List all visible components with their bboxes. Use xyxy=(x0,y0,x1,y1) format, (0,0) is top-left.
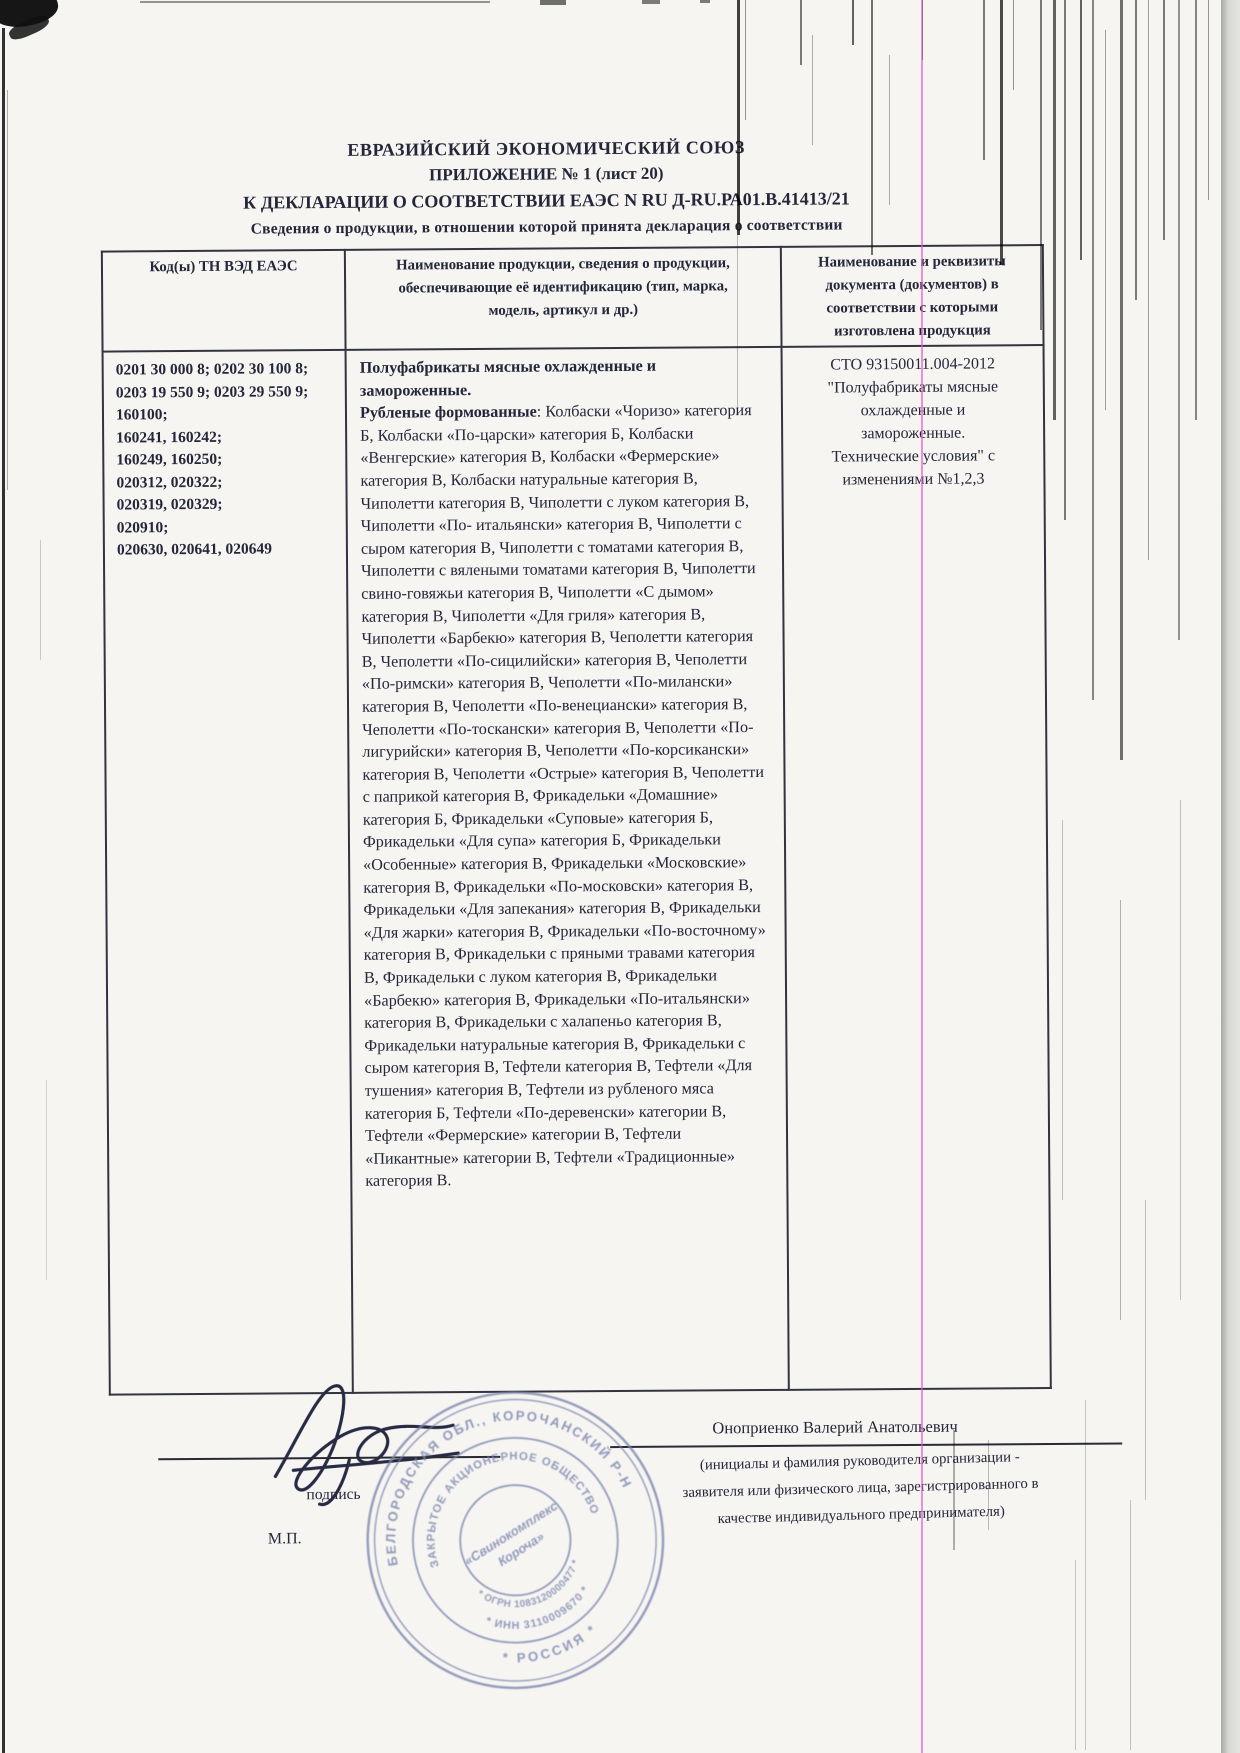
standard-document-cell: СТО 93150011.004-2012 "Полуфабрикаты мяс… xyxy=(782,345,1051,1390)
column-header-product: Наименование продукции, сведения о проду… xyxy=(345,247,782,350)
declaration-number-title: К ДЕКЛАРАЦИИ О СООТВЕТСТВИИ ЕАЭС N RU Д-… xyxy=(0,187,1097,216)
column-header-codes: Код(ы) ТН ВЭД ЕАЭС xyxy=(102,250,346,352)
scanned-document-page: ЕВРАЗИЙСКИЙ ЭКОНОМИЧЕСКИЙ СОЮЗ ПРИЛОЖЕНИ… xyxy=(0,0,1240,1753)
table-row: 0201 30 000 8; 0202 30 100 8; 0203 19 55… xyxy=(103,345,1051,1395)
head-full-name: Оноприенко Валерий Анатольевич xyxy=(615,1416,1055,1439)
table-caption: Сведения о продукции, в отношении которо… xyxy=(0,215,1097,241)
column-header-document: Наименование и реквизиты документа (доку… xyxy=(781,245,1044,347)
product-info-table: Код(ы) ТН ВЭД ЕАЭС Наименование продукци… xyxy=(101,244,1052,1396)
document-content: ЕВРАЗИЙСКИЙ ЭКОНОМИЧЕСКИЙ СОЮЗ ПРИЛОЖЕНИ… xyxy=(0,0,1240,1753)
annex-title: ПРИЛОЖЕНИЕ № 1 (лист 20) xyxy=(0,161,1096,189)
union-title: ЕВРАЗИЙСКИЙ ЭКОНОМИЧЕСКИЙ СОЮЗ xyxy=(0,135,1096,164)
product-list: : Колбаски «Чоризо» категория Б, Колбаск… xyxy=(360,401,766,1190)
name-caption: (инициалы и фамилия руководителя организ… xyxy=(600,1442,1122,1537)
seal-place-label: М.П. xyxy=(268,1530,302,1548)
product-title: Полуфабрикаты мясные охлажденные и замор… xyxy=(360,357,657,400)
product-description-cell: Полуфабрикаты мясные охлажденные и замор… xyxy=(346,347,789,1393)
table-header-row: Код(ы) ТН ВЭД ЕАЭС Наименование продукци… xyxy=(102,245,1044,352)
product-lead: Рубленые формованные xyxy=(360,403,537,422)
tnved-codes-cell: 0201 30 000 8; 0202 30 100 8; 0203 19 55… xyxy=(103,350,353,1395)
title-block: ЕВРАЗИЙСКИЙ ЭКОНОМИЧЕСКИЙ СОЮЗ ПРИЛОЖЕНИ… xyxy=(0,135,1097,241)
company-round-stamp: БЕЛГОРОДСКАЯ ОБЛ., КОРОЧАНСКИЙ Р-Н * РОС… xyxy=(357,1382,674,1699)
